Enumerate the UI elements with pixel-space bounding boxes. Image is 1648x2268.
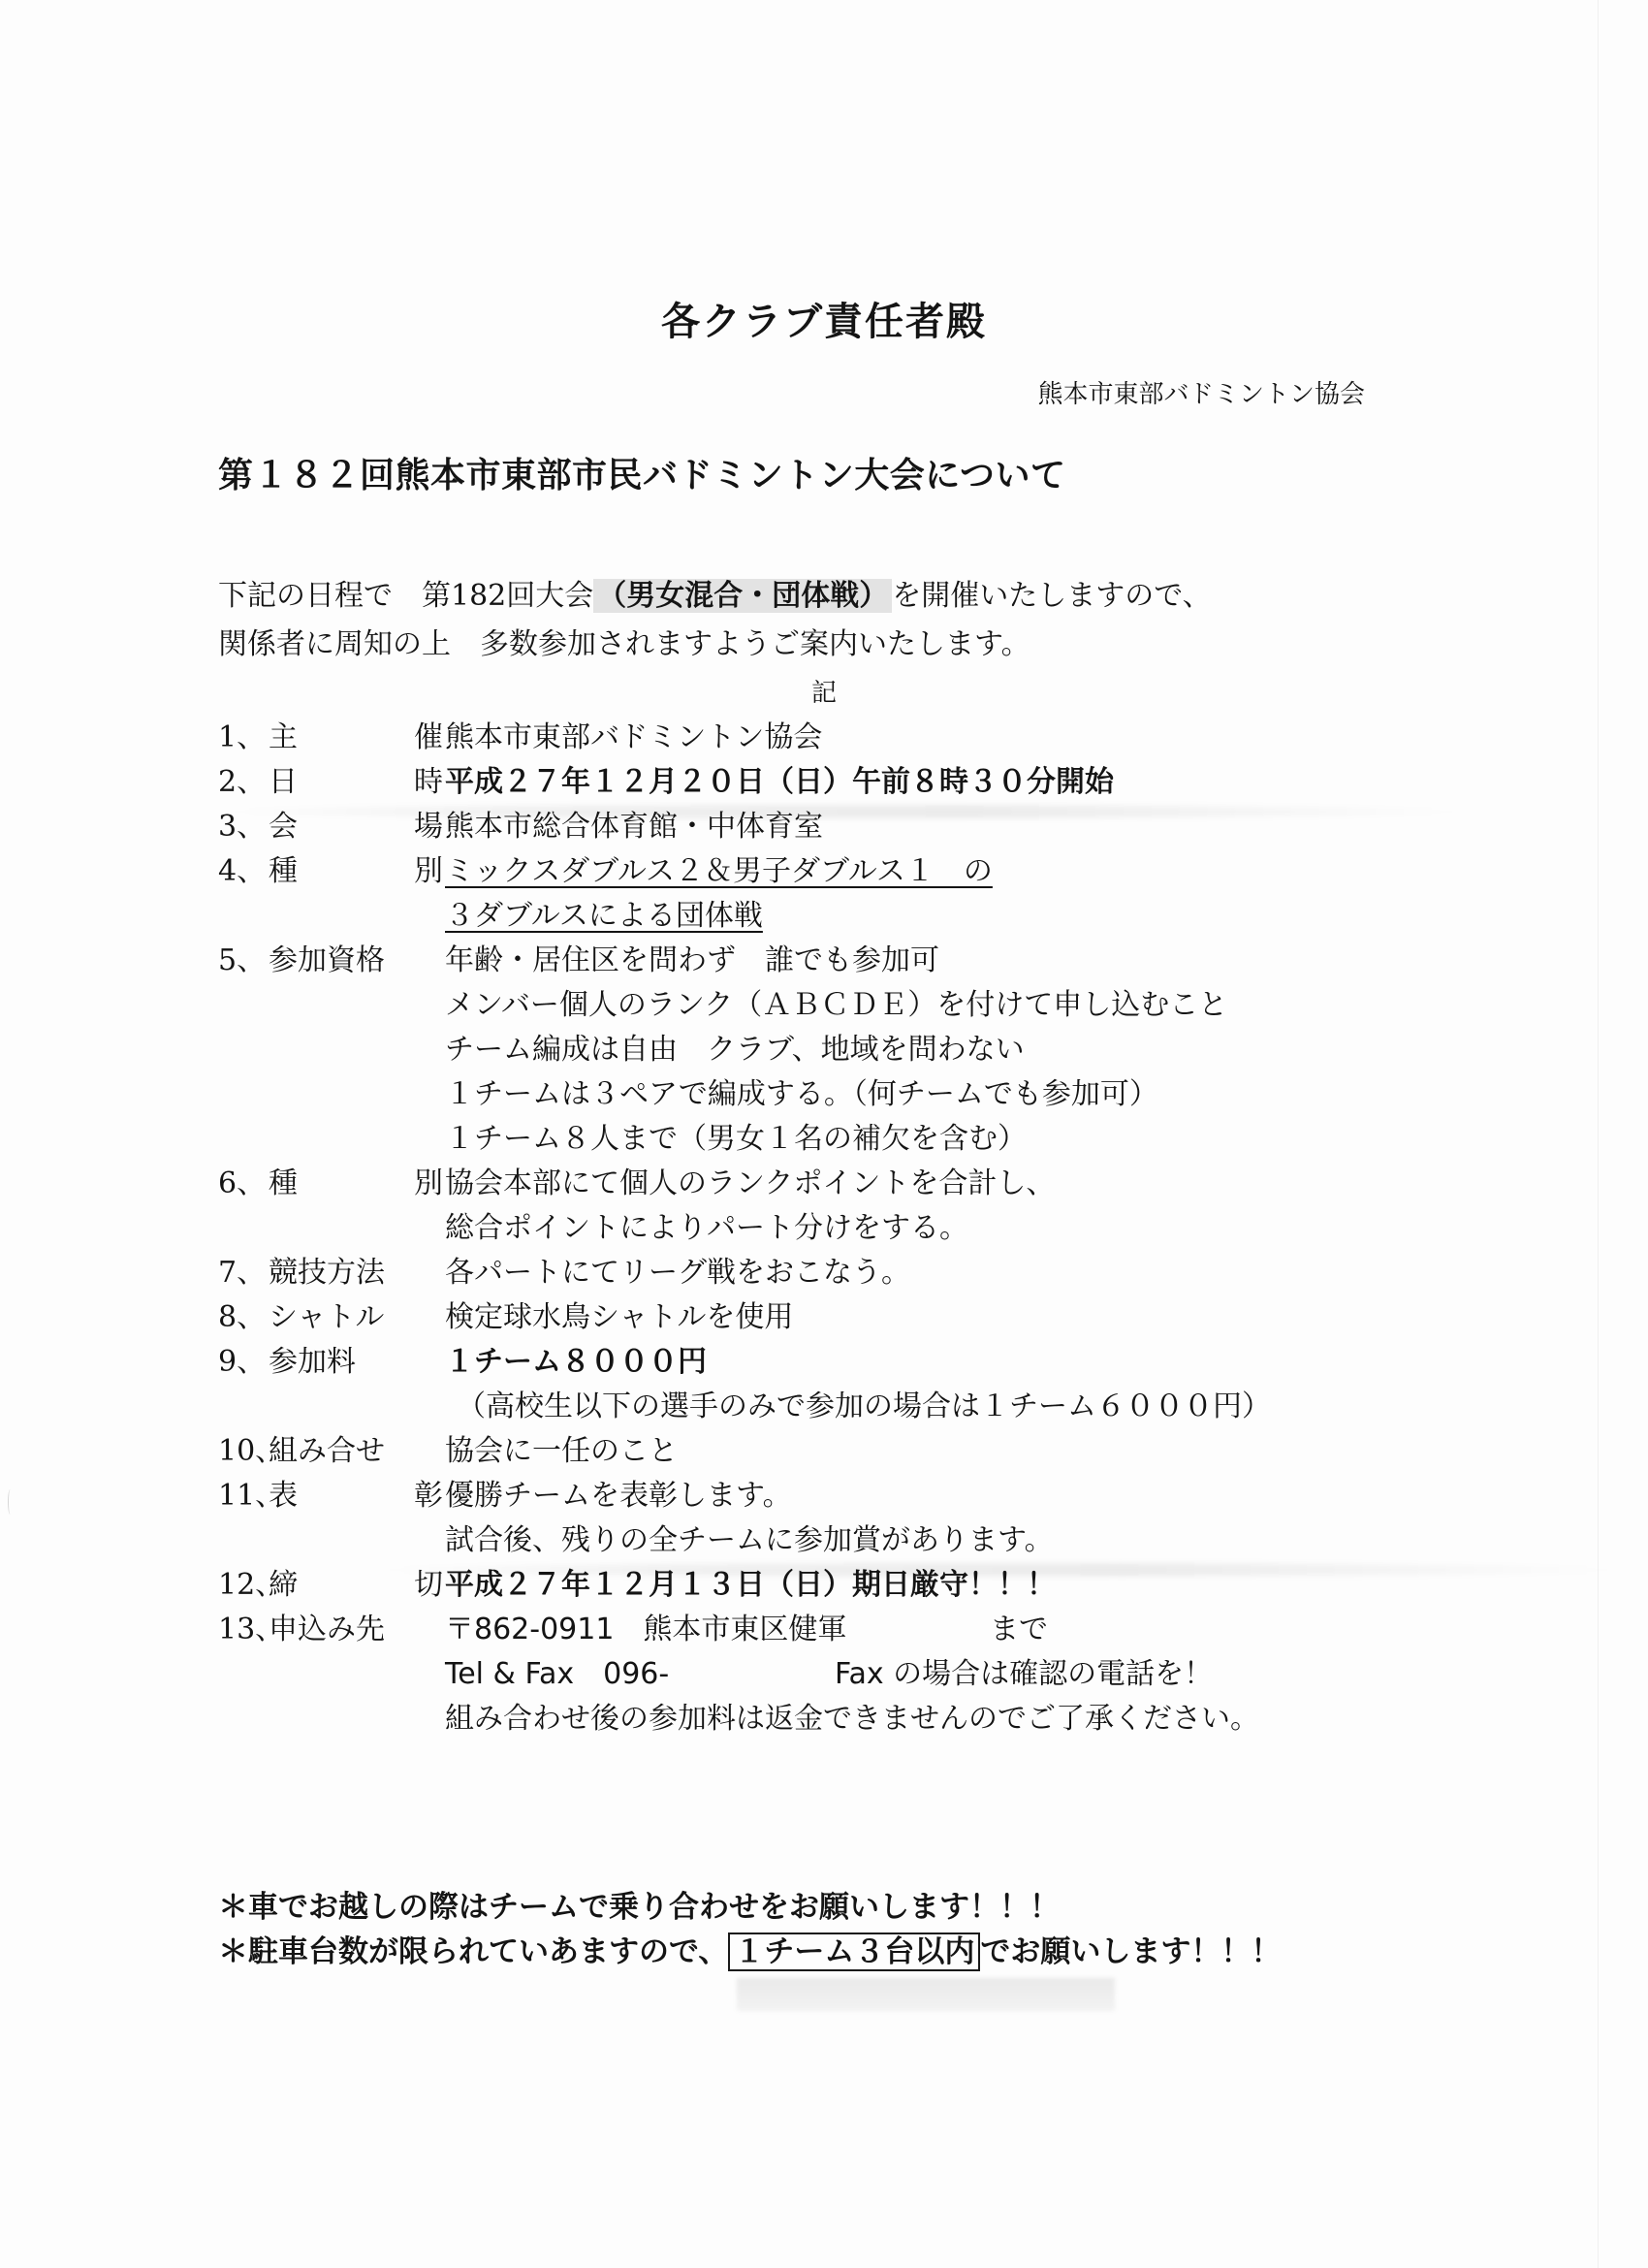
item-value: １チーム８人まで（男女１名の補欠を含む） — [445, 1117, 1027, 1162]
item-venue: 3、 会場 熊本市総合体育館・中体育室 — [218, 805, 1271, 849]
item-value: １チーム８０００円 — [445, 1340, 707, 1385]
item-number: 6、 — [218, 1162, 269, 1206]
boxed-parking-limit: １チーム３台以内 — [728, 1933, 980, 1971]
item-label: 表彰 — [269, 1474, 443, 1518]
parking-limit-note: ＊駐車台数が限られていあますので、１チーム３台以内でお願いします！！！ — [218, 1930, 1281, 1974]
item-value: 各パートにてリーグ戦をおこなう。 — [445, 1251, 910, 1295]
item-value: 協会に一任のこと — [445, 1429, 678, 1474]
item-value: チーム編成は自由 クラブ、地域を問わない — [445, 1028, 1025, 1072]
item-application-contact-cont: 1、x Tel & Fax 096- Fax の場合は確認の電話を！ — [218, 1652, 1271, 1697]
item-value: 平成２７年１２月１３日（日）期日厳守！！！ — [445, 1563, 1056, 1608]
item-number: 12、 — [218, 1563, 269, 1608]
item-number: 10、 — [218, 1429, 269, 1474]
item-value: 協会本部にて個人のランクポイントを合計し、 — [445, 1162, 1055, 1206]
item-label: 主催 — [269, 716, 443, 760]
item-label: シャトル — [269, 1295, 443, 1340]
item-number: 8、 — [218, 1295, 269, 1340]
item-eligibility-cont: 1、x １チーム８人まで（男女１名の補欠を含む） — [218, 1117, 1271, 1162]
item-organizer: 1、 主催 熊本市東部バドミントン協会 — [218, 716, 1271, 760]
document-page: 各クラブ責任者殿 熊本市東部バドミントン協会 第１８２回熊本市東部市民バドミント… — [0, 0, 1648, 2268]
item-eligibility: 5、 参加資格 年齢・居住区を問わず 誰でも参加可 — [218, 939, 1271, 983]
item-application-contact: 13、 申込み先 〒862-0911 熊本市東区健軍 まで — [218, 1608, 1271, 1652]
ki-heading: 記 — [0, 673, 1648, 709]
item-value: ３ダブルスによる団体戦 — [445, 894, 763, 939]
intro-line-1: 下記の日程で 第182回大会（男女混合・団体戦）を開催いたしますので、 — [218, 572, 1212, 621]
item-number: 4、 — [218, 849, 269, 894]
tel-fax-number: Tel & Fax 096- — [445, 1652, 833, 1697]
scan-shadow — [737, 1978, 1115, 2011]
note-text: ＊駐車台数が限られていあますので、 — [218, 1934, 728, 1969]
item-competition-format: 7、 競技方法 各パートにてリーグ戦をおこなう。 — [218, 1251, 1271, 1295]
item-eligibility-cont: 1、x １チームは３ペアで編成する。（何チームでも参加可） — [218, 1072, 1271, 1117]
punch-hole-mark — [8, 1489, 13, 1515]
item-number: 3、 — [218, 805, 269, 849]
item-value: ミックスダブルス２＆男子ダブルス１ の — [445, 849, 993, 894]
item-category-cont: 1、x ３ダブルスによる団体戦 — [218, 894, 1271, 939]
intro-text: を開催いたしますので、 — [892, 579, 1211, 613]
item-number: 13、 — [218, 1608, 269, 1652]
item-label: 種別 — [269, 849, 443, 894]
item-value: メンバー個人のランク（ＡＢＣＤＥ）を付けて申し込むこと — [445, 983, 1227, 1028]
item-application-contact-cont: 1、x 組み合わせ後の参加料は返金できませんのでご了承ください。 — [218, 1697, 1271, 1741]
item-label: 参加料 — [269, 1340, 443, 1385]
postal-address: 〒862-0911 熊本市東区健軍 — [445, 1608, 988, 1652]
item-label: 日時 — [269, 760, 443, 805]
item-label: 組み合せ — [269, 1429, 443, 1474]
item-datetime: 2、 日時 平成２７年１２月２０日（日）午前８時３０分開始 — [218, 760, 1271, 805]
item-value: １チームは３ペアで編成する。（何チームでも参加可） — [445, 1072, 1158, 1117]
item-eligibility-cont: 1、x メンバー個人のランク（ＡＢＣＤＥ）を付けて申し込むこと — [218, 983, 1271, 1028]
item-deadline: 12、 締切 平成２７年１２月１３日（日）期日厳守！！！ — [218, 1563, 1271, 1608]
item-label: 参加資格 — [269, 939, 443, 983]
item-value: 熊本市東部バドミントン協会 — [445, 716, 822, 760]
parking-notes: ＊車でお越しの際はチームで乗り合わせをお願いします！！！ ＊駐車台数が限られてい… — [218, 1885, 1281, 1974]
intro-paragraph: 下記の日程で 第182回大会（男女混合・団体戦）を開催いたしますので、 関係者に… — [218, 572, 1212, 669]
highlighted-event-type: （男女混合・団体戦） — [593, 579, 892, 613]
item-entry-fee-cont: 1、x （高校生以下の選手のみで参加の場合は１チーム６０００円） — [218, 1385, 1271, 1429]
intro-line-2: 関係者に周知の上 多数参加されますようご案内いたします。 — [218, 621, 1212, 669]
item-awards-cont: 1、x 試合後、残りの全チームに参加賞があります。 — [218, 1518, 1271, 1563]
sender-organization: 熊本市東部バドミントン協会 — [1038, 374, 1365, 410]
document-title: 第１８２回熊本市東部市民バドミントン大会について — [218, 448, 1066, 497]
item-category: 4、 種別 ミックスダブルス２＆男子ダブルス１ の — [218, 849, 1271, 894]
item-number: 1、 — [218, 716, 269, 760]
carpool-note: ＊車でお越しの際はチームで乗り合わせをお願いします！！！ — [218, 1885, 1281, 1930]
item-value: 優勝チームを表彰します。 — [445, 1474, 792, 1518]
item-grouping: 6、 種別 協会本部にて個人のランクポイントを合計し、 — [218, 1162, 1271, 1206]
item-value: 年齢・居住区を問わず 誰でも参加可 — [445, 939, 939, 983]
item-label: 種別 — [269, 1162, 443, 1206]
item-eligibility-cont: 1、x チーム編成は自由 クラブ、地域を問わない — [218, 1028, 1271, 1072]
address-suffix: まで — [990, 1608, 1048, 1652]
item-value: 検定球水鳥シャトルを使用 — [445, 1295, 793, 1340]
intro-text: 下記の日程で 第182回大会 — [218, 579, 593, 613]
item-number: 11、 — [218, 1474, 269, 1518]
refund-note: 組み合わせ後の参加料は返金できませんのでご了承ください。 — [445, 1697, 1259, 1741]
item-label: 申込み先 — [269, 1608, 443, 1652]
item-value: （高校生以下の選手のみで参加の場合は１チーム６０００円） — [457, 1385, 1271, 1429]
item-value: 熊本市総合体育館・中体育室 — [445, 805, 823, 849]
fax-note: Fax の場合は確認の電話を！ — [835, 1652, 1213, 1697]
item-number: 5、 — [218, 939, 269, 983]
item-label: 会場 — [269, 805, 443, 849]
details-list: 1、 主催 熊本市東部バドミントン協会 2、 日時 平成２７年１２月２０日（日）… — [218, 716, 1271, 1741]
item-awards: 11、 表彰 優勝チームを表彰します。 — [218, 1474, 1271, 1518]
item-label: 競技方法 — [269, 1251, 443, 1295]
item-entry-fee: 9、 参加料 １チーム８０００円 — [218, 1340, 1271, 1385]
item-number: 2、 — [218, 760, 269, 805]
item-value: 平成２７年１２月２０日（日）午前８時３０分開始 — [445, 760, 1114, 805]
item-label: 締切 — [269, 1563, 443, 1608]
item-number: 7、 — [218, 1251, 269, 1295]
item-value: 試合後、残りの全チームに参加賞があります。 — [445, 1518, 1054, 1563]
item-shuttle: 8、 シャトル 検定球水鳥シャトルを使用 — [218, 1295, 1271, 1340]
item-value: 総合ポイントによりパート分けをする。 — [445, 1206, 968, 1251]
addressee-heading: 各クラブ責任者殿 — [0, 291, 1648, 346]
item-grouping-cont: 1、x 総合ポイントによりパート分けをする。 — [218, 1206, 1271, 1251]
item-number: 9、 — [218, 1340, 269, 1385]
item-pairing: 10、 組み合せ 協会に一任のこと — [218, 1429, 1271, 1474]
note-text: でお願いします！！！ — [980, 1934, 1281, 1969]
